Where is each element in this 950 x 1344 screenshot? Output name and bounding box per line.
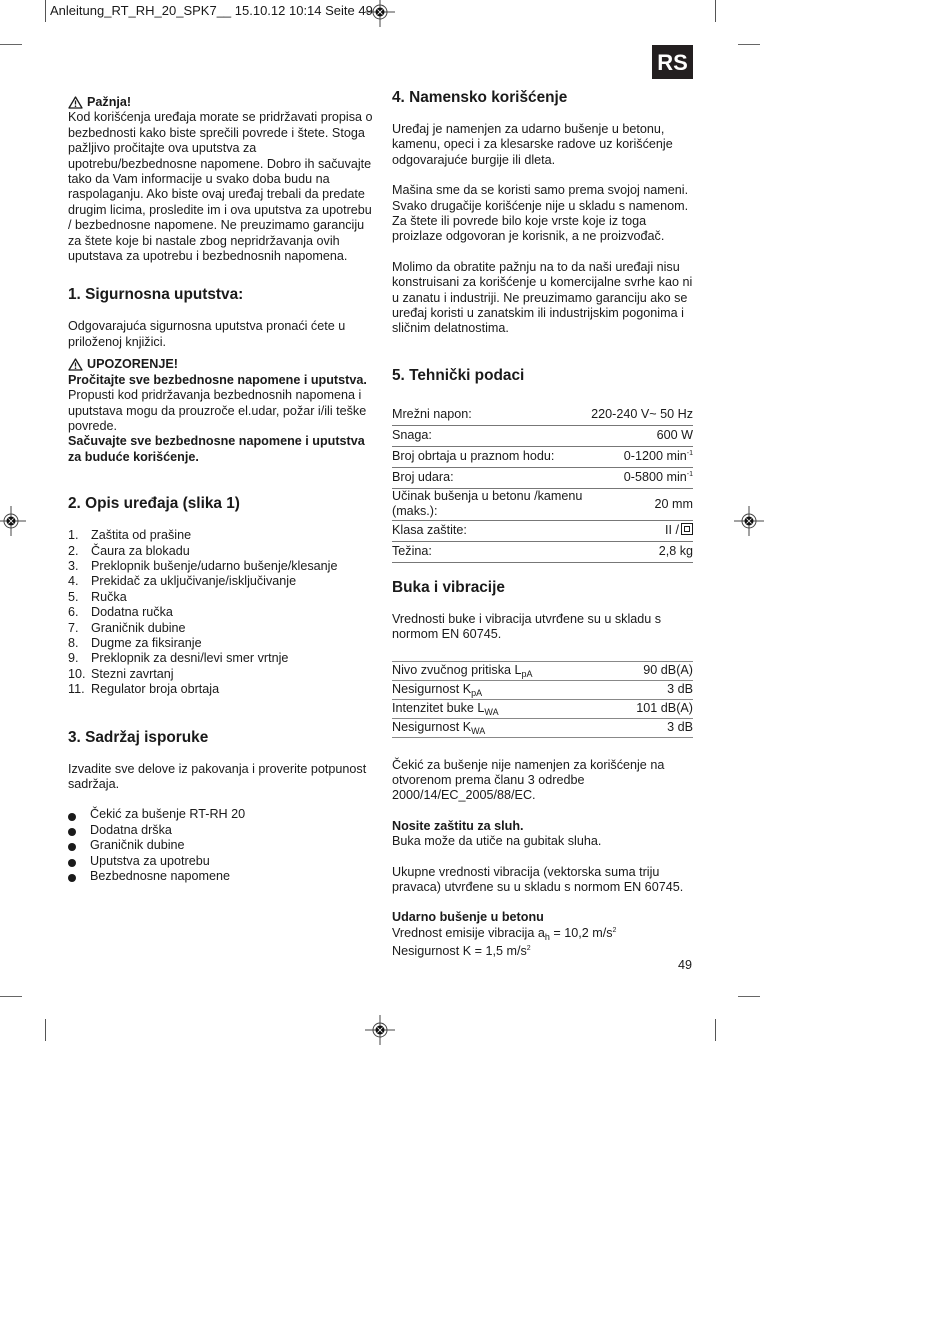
section-heading-intended-use: 4. Namensko korišćenje [392, 89, 694, 107]
table-row: Klasa zaštite:II / [392, 520, 693, 541]
delivery-text: Izvadite sve delove iz pakovanja i prove… [68, 762, 378, 793]
print-slug: Anleitung_RT_RH_20_SPK7__ 15.10.12 10:14… [50, 3, 373, 18]
crop-mark [45, 1019, 46, 1041]
protection-class-ii-icon [681, 523, 693, 535]
outdoor-use-note: Čekić za bušenje nije namenjen za korišć… [392, 758, 694, 804]
list-item: 8.Dugme za fiksiranje [68, 636, 378, 651]
vibration-heading: Udarno bušenje u betonu [392, 910, 694, 925]
warning-text: Propusti kod pridržavanja bezbednosnih n… [68, 388, 378, 434]
list-item: Dodatna drška [68, 823, 378, 838]
vibration-intro: Ukupne vrednosti vibracija (vektorska su… [392, 865, 694, 896]
crop-mark [0, 996, 22, 997]
technical-data-table: Mrežni napon:220-240 V~ 50 Hz Snaga:600 … [392, 405, 693, 563]
list-item: 7.Graničnik dubine [68, 621, 378, 636]
table-row: Nivo zvučnog pritiska LpA90 dB(A) [392, 661, 693, 680]
noise-intro: Vrednosti buke i vibracija utvrđene su u… [392, 612, 694, 643]
table-row: Učinak bušenja u betonu /kamenu (maks.):… [392, 488, 693, 520]
vibration-uncertainty: Nesigurnost K = 1,5 m/s2 [392, 944, 694, 959]
bullet-icon [68, 843, 76, 851]
attention-heading: Pažnja! [68, 95, 378, 110]
warning-title: UPOZORENJE! [87, 357, 178, 372]
bullet-icon [68, 813, 76, 821]
warning-bold-1: Pročitajte sve bezbednosne napomene i up… [68, 373, 378, 388]
bullet-icon [68, 874, 76, 882]
warning-triangle-icon [68, 96, 83, 109]
hearing-protection-text: Buka može da utiče na gubitak sluha. [392, 834, 694, 849]
section-heading-noise: Buka i vibracije [392, 579, 694, 597]
table-row: Intenzitet buke LWA101 dB(A) [392, 699, 693, 718]
page-number: 49 [678, 958, 692, 972]
list-item: Uputstva za upotrebu [68, 854, 378, 869]
registration-mark-icon [0, 506, 26, 536]
parts-list: 1.Zaštita od prašine 2.Čaura za blokadu … [68, 528, 378, 697]
left-column: Pažnja! Kod korišćenja uređaja morate se… [68, 95, 378, 884]
section-heading-safety: 1. Sigurnosna uputstva: [68, 286, 378, 304]
section-heading-technical-data: 5. Tehnički podaci [392, 367, 694, 385]
table-row: Težina:2,8 kg [392, 541, 693, 562]
bullet-icon [68, 828, 76, 836]
hearing-protection-bold: Nosite zaštitu za sluh. [392, 819, 694, 834]
crop-mark [715, 0, 716, 22]
bullet-icon [68, 859, 76, 867]
attention-text: Kod korišćenja uređaja morate se pridrža… [68, 110, 378, 264]
crop-mark [0, 44, 22, 45]
language-badge: RS [652, 45, 693, 79]
table-row: Broj udara:0-5800 min-1 [392, 467, 693, 488]
registration-mark-icon [365, 1015, 395, 1045]
list-item: 4.Prekidač za uključivanje/isključivanje [68, 574, 378, 589]
list-item: 1.Zaštita od prašine [68, 528, 378, 543]
list-item: 10.Stezni zavrtanj [68, 667, 378, 682]
list-item: 11.Regulator broja obrtaja [68, 682, 378, 697]
delivery-list: Čekić za bušenje RT-RH 20 Dodatna drška … [68, 807, 378, 884]
list-item: 9.Preklopnik za desni/levi smer vrtnje [68, 651, 378, 666]
crop-mark [45, 0, 46, 22]
vibration-emission: Vrednost emisije vibracija ah = 10,2 m/s… [392, 926, 694, 941]
table-row: Snaga:600 W [392, 425, 693, 446]
crop-mark [738, 44, 760, 45]
intended-use-p3: Molimo da obratite pažnju na to da naši … [392, 260, 694, 337]
intended-use-p1: Uređaj je namenjen za udarno bušenje u b… [392, 122, 694, 168]
list-item: 3.Preklopnik bušenje/udarno bušenje/kles… [68, 559, 378, 574]
table-row: Mrežni napon:220-240 V~ 50 Hz [392, 405, 693, 426]
section-heading-description: 2. Opis uređaja (slika 1) [68, 495, 378, 513]
list-item: 2.Čaura za blokadu [68, 544, 378, 559]
crop-mark [738, 996, 760, 997]
section-heading-delivery: 3. Sadržaj isporuke [68, 729, 378, 747]
registration-mark-icon [734, 506, 764, 536]
warning-triangle-icon [68, 358, 83, 371]
table-row: Nesigurnost KpA3 dB [392, 680, 693, 699]
attention-title: Pažnja! [87, 95, 131, 110]
list-item: 5.Ručka [68, 590, 378, 605]
noise-table: Nivo zvučnog pritiska LpA90 dB(A) Nesigu… [392, 661, 693, 738]
list-item: Čekić za bušenje RT-RH 20 [68, 807, 378, 822]
safety-text: Odgovarajuća sigurnosna uputstva pronaći… [68, 319, 378, 350]
crop-mark [715, 1019, 716, 1041]
table-row: Broj obrtaja u praznom hodu:0-1200 min-1 [392, 446, 693, 467]
warning-bold-2: Sačuvajte sve bezbednosne napomene i upu… [68, 434, 378, 465]
list-item: 6.Dodatna ručka [68, 605, 378, 620]
right-column: 4. Namensko korišćenje Uređaj je namenje… [392, 89, 694, 960]
table-row: Nesigurnost KWA3 dB [392, 718, 693, 737]
warning-heading: UPOZORENJE! [68, 357, 378, 372]
intended-use-p2: Mašina sme da se koristi samo prema svoj… [392, 183, 694, 245]
list-item: Graničnik dubine [68, 838, 378, 853]
list-item: Bezbednosne napomene [68, 869, 378, 884]
